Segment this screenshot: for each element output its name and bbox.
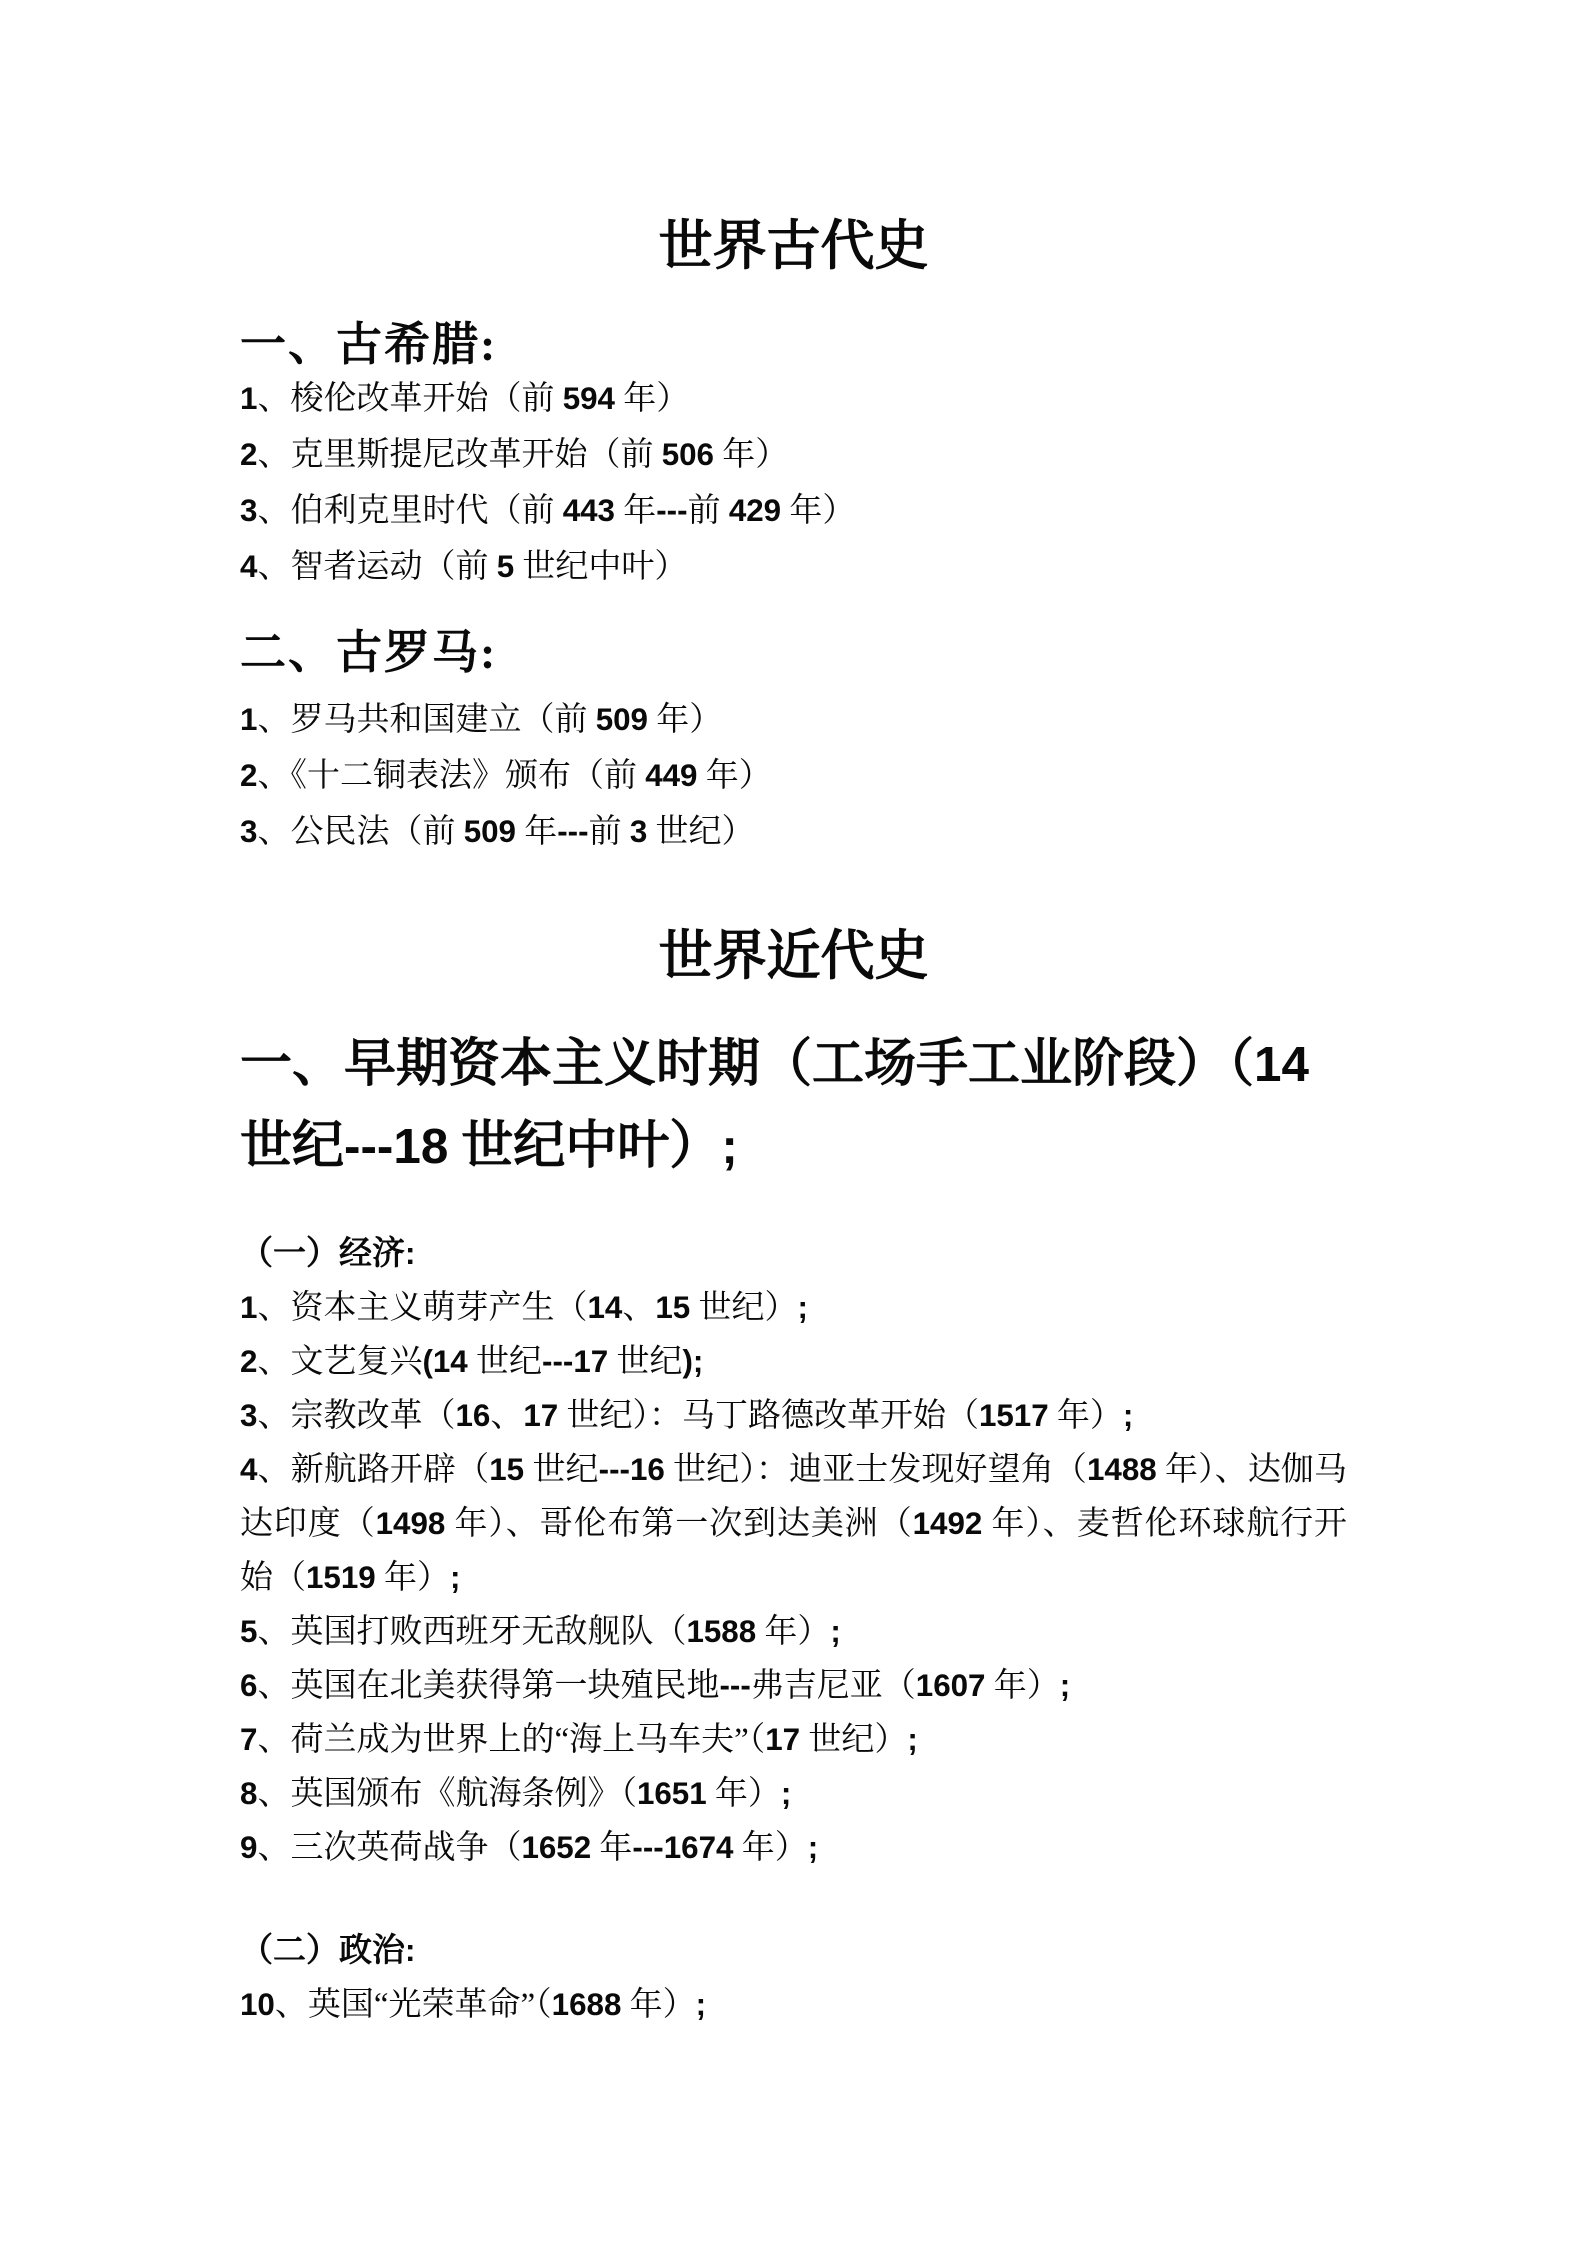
list-item: 1、罗马共和国建立（前 509 年）: [240, 692, 1347, 748]
ancient-history-title: 世界古代史: [0, 216, 1587, 276]
politics-subheading: （二）政治:: [240, 1924, 1347, 1978]
list-item: 2、文艺复兴(14 世纪---17 世纪);: [240, 1335, 1347, 1389]
modern-history-title: 世界近代史: [0, 926, 1587, 986]
early-capitalism-heading: 一、早期资本主义时期（工场手工业阶段）（14 世纪---18 世纪中叶）;: [240, 1024, 1358, 1188]
rome-list: 1、罗马共和国建立（前 509 年） 2、《十二铜表法》颁布（前 449 年） …: [240, 692, 1347, 860]
list-item: 1、梭伦改革开始（前 594 年）: [240, 371, 1347, 427]
economy-subheading: （一）经济:: [240, 1227, 1347, 1281]
list-item: 8、英国颁布《航海条例》（1651 年）;: [240, 1767, 1347, 1821]
list-item: 4、智者运动（前 5 世纪中叶）: [240, 539, 1347, 595]
list-item: 3、宗教改革（16、17 世纪）：马丁路德改革开始（1517 年）;: [240, 1389, 1347, 1443]
list-item: 9、三次英荷战争（1652 年---1674 年）;: [240, 1821, 1347, 1875]
list-item: 2、《十二铜表法》颁布（前 449 年）: [240, 748, 1347, 804]
list-item: 1、资本主义萌芽产生（14、15 世纪）;: [240, 1281, 1347, 1335]
list-item: 7、荷兰成为世界上的“海上马车夫”（17 世纪）;: [240, 1713, 1347, 1767]
list-item: 10、英国“光荣革命”（1688 年）;: [240, 1978, 1347, 2032]
greece-list: 1、梭伦改革开始（前 594 年） 2、克里斯提尼改革开始（前 506 年） 3…: [240, 371, 1347, 595]
document-page: 世界古代史 一、古希腊: 1、梭伦改革开始（前 594 年） 2、克里斯提尼改革…: [0, 0, 1587, 2245]
list-item: 3、公民法（前 509 年---前 3 世纪）: [240, 804, 1347, 860]
list-item: 3、伯利克里时代（前 443 年---前 429 年）: [240, 483, 1347, 539]
section-heading-greece: 一、古希腊:: [240, 320, 497, 370]
list-item: 4、新航路开辟（15 世纪---16 世纪）：迪亚士发现好望角（1488 年）、…: [240, 1443, 1347, 1605]
section-heading-rome: 二、古罗马:: [240, 628, 497, 678]
list-item: 6、英国在北美获得第一块殖民地---弗吉尼亚（1607 年）;: [240, 1659, 1347, 1713]
politics-list: （二）政治: 10、英国“光荣革命”（1688 年）;: [240, 1924, 1347, 2032]
list-item: 5、英国打败西班牙无敌舰队（1588 年）;: [240, 1605, 1347, 1659]
list-item: 2、克里斯提尼改革开始（前 506 年）: [240, 427, 1347, 483]
economy-list: （一）经济: 1、资本主义萌芽产生（14、15 世纪）; 2、文艺复兴(14 世…: [240, 1227, 1347, 1875]
